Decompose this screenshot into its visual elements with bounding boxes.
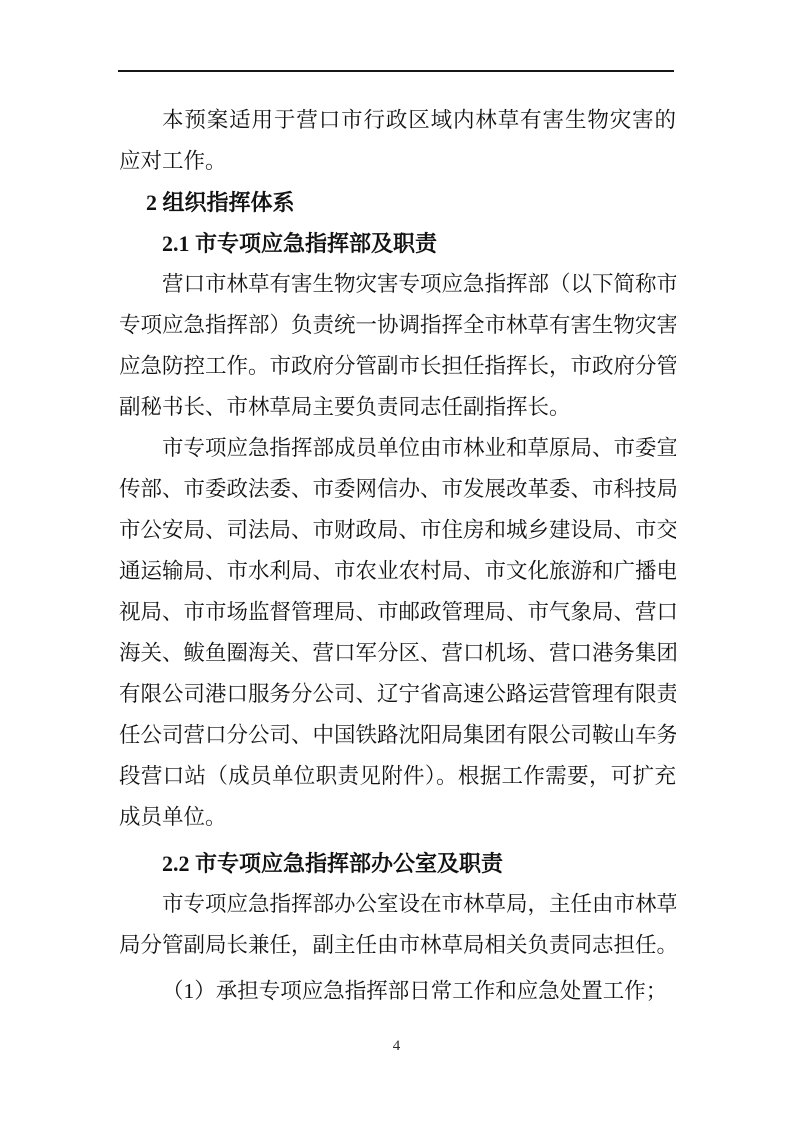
- page-number: 4: [0, 1035, 793, 1057]
- paragraph-line: 专项应急指挥部）负责统一协调指挥全市林草有害生物灾害: [119, 305, 676, 346]
- paragraph-line: 视局、市市场监督管理局、市邮政管理局、市气象局、营口: [119, 592, 676, 633]
- paragraph-line: 市专项应急指挥部办公室设在市林草局，主任由市林草: [119, 884, 676, 925]
- subsection-heading-2-2: 2.2 市专项应急指挥部办公室及职责: [119, 843, 676, 884]
- paragraph-line: 有限公司港口服务分公司、辽宁省高速公路运营管理有限责: [119, 674, 676, 715]
- document-page: 本预案适用于营口市行政区域内林草有害生物灾害的 应对工作。 2 组织指挥体系 2…: [0, 0, 793, 1122]
- paragraph-line: 市专项应急指挥部成员单位由市林业和草原局、市委宣: [119, 428, 676, 469]
- paragraph-line: 传部、市委政法委、市委网信办、市发展改革委、市科技局、: [119, 469, 676, 510]
- paragraph-line: 副秘书长、市林草局主要负责同志任副指挥长。: [119, 387, 676, 428]
- paragraph-line: 营口市林草有害生物灾害专项应急指挥部（以下简称市: [119, 264, 676, 305]
- paragraph-line: 通运输局、市水利局、市农业农村局、市文化旅游和广播电: [119, 551, 676, 592]
- header-rule: [118, 70, 674, 72]
- paragraph-line: （1）承担专项应急指挥部日常工作和应急处置工作；: [119, 971, 676, 1012]
- document-content: 本预案适用于营口市行政区域内林草有害生物灾害的 应对工作。 2 组织指挥体系 2…: [119, 100, 676, 1012]
- paragraph-line: 应对工作。: [119, 141, 676, 182]
- paragraph-line: 本预案适用于营口市行政区域内林草有害生物灾害的: [119, 100, 676, 141]
- paragraph-line: 局分管副局长兼任，副主任由市林草局相关负责同志担任。: [119, 925, 676, 966]
- paragraph-line: 段营口站（成员单位职责见附件）。根据工作需要，可扩充: [119, 756, 676, 797]
- section-heading-2: 2 组织指挥体系: [119, 182, 676, 223]
- subsection-heading-2-1: 2.1 市专项应急指挥部及职责: [119, 223, 676, 264]
- paragraph-line: 海关、鲅鱼圈海关、营口军分区、营口机场、营口港务集团: [119, 633, 676, 674]
- paragraph-line: 成员单位。: [119, 797, 676, 838]
- paragraph-line: 任公司营口分公司、中国铁路沈阳局集团有限公司鞍山车务: [119, 715, 676, 756]
- paragraph-line: 应急防控工作。市政府分管副市长担任指挥长，市政府分管: [119, 346, 676, 387]
- paragraph-line: 市公安局、司法局、市财政局、市住房和城乡建设局、市交: [119, 510, 676, 551]
